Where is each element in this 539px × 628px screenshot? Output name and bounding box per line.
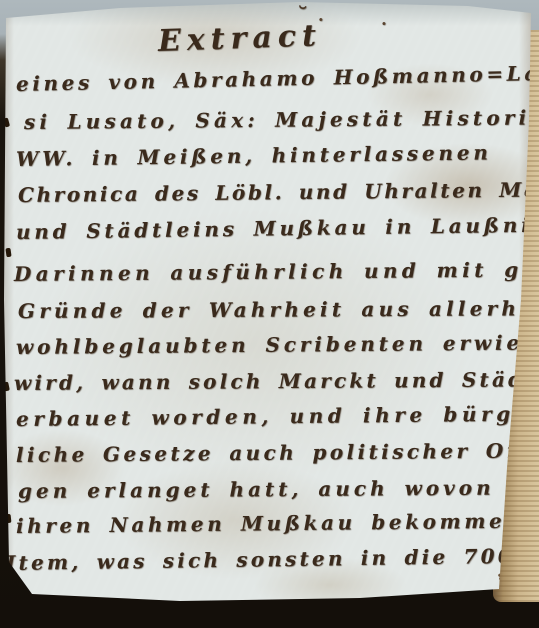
manuscript-line: Chronica des Löbl. und Uhralten Marckt [18, 177, 539, 207]
binding-stitch-mark [3, 118, 10, 128]
manuscript-line: ihren Nahmen Mußkau bekommen etc. [16, 508, 539, 538]
manuscript-line: erbauet worden, und ihre bürger- [16, 401, 539, 431]
manuscript-line: wird, wann solch Marckt und Städtlein [14, 367, 539, 395]
manuscript-line: Item, was sich sonsten in die 700 Jahr [6, 543, 539, 575]
manuscript-line: Darinnen ausführlich und mit guten [14, 257, 539, 286]
manuscript-line: Gründe der Wahrheit aus allerhand [18, 296, 539, 323]
binding-stitch-mark [6, 514, 12, 523]
binding-stitch-mark [5, 248, 11, 258]
manuscript-page: Extract ˘ · . ᴕ eines von Abrahamo Hoßma… [0, 0, 539, 628]
manuscript-photo: Extract ˘ · . ᴕ eines von Abrahamo Hoßma… [0, 0, 539, 628]
binding-stitch-mark [3, 382, 10, 392]
ink-dots-mark: · . [318, 10, 413, 29]
manuscript-line: si Lusato, Säx: Majestät Historico [24, 105, 539, 134]
manuscript-line: WW. in Meißen, hinterlassenen [16, 140, 492, 171]
manuscript-line: gen erlanget hatt, auch wovon sie [18, 475, 539, 503]
manuscript-line: eines von Abrahamo Hoßmanno=Laubanen- [16, 59, 539, 96]
manuscript-line: und Städtleins Mußkau in Laußnitz. [16, 212, 539, 244]
manuscript-line: liche Gesetze auch politischer Ordnun- [16, 438, 539, 467]
manuscript-line: wohlbeglaubten Scribenten erwiesen [16, 330, 539, 359]
